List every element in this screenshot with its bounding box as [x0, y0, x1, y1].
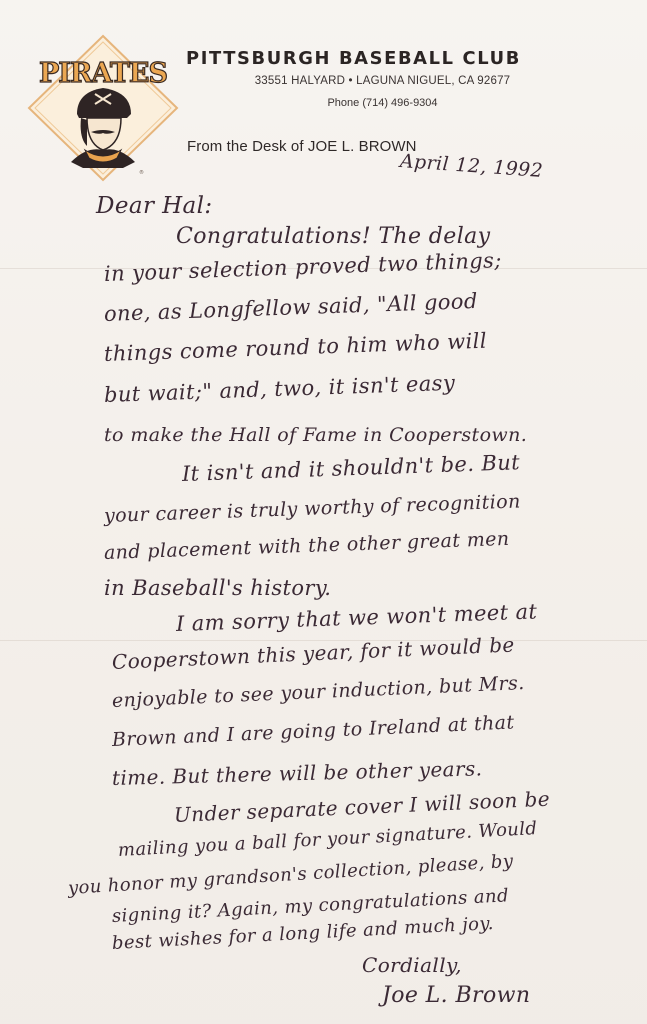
letter-line: time. But there will be other years. [112, 756, 483, 790]
letter-line: Cooperstown this year, for it would be [111, 632, 515, 674]
letter-line: Congratulations! The delay [176, 224, 490, 249]
svg-text:®: ® [139, 169, 144, 176]
letter-line: to make the Hall of Fame in Cooperstown. [104, 424, 527, 446]
letter-paper: PIRATES ® PITTSBURGH BASEBALL CLUB 33551… [0, 0, 647, 1024]
letter-line: things come round to him who will [104, 329, 488, 366]
phone-text: Phone (714) 496-9304 [327, 97, 437, 109]
letter-line: your career is truly worthy of recogniti… [104, 490, 521, 527]
letter-line: one, as Longfellow said, "All good [104, 289, 479, 326]
letter-line: Brown and I are going to Ireland at that [112, 711, 515, 751]
letter-line: It isn't and it shouldn't be. But [182, 450, 521, 486]
letter-line: I am sorry that we won't meet at [176, 599, 538, 636]
salutation: Dear Hal: [96, 193, 213, 219]
closing: Cordially, [362, 953, 462, 977]
letter-date: April 12, 1992 [399, 150, 544, 182]
letter-line: in your selection proved two things; [104, 248, 503, 286]
letter-line: and placement with the other great men [104, 528, 510, 564]
club-name: PITTSBURGH BASEBALL CLUB [186, 49, 521, 69]
address-text: 33551 HALYARD • LAGUNA NIGUEL, CA 92677 [255, 75, 511, 87]
letter-line: but wait;" and, two, it isn't easy [104, 371, 456, 407]
from-desk-line: From the Desk of JOE L. BROWN [187, 138, 417, 155]
club-address: 33551 HALYARD • LAGUNA NIGUEL, CA 92677 [0, 75, 647, 87]
signature: Joe L. Brown [382, 983, 530, 1008]
letter-line: enjoyable to see your induction, but Mrs… [112, 672, 526, 712]
club-phone: Phone (714) 496-9304 [0, 97, 647, 109]
letter-line: in Baseball's history. [104, 576, 331, 600]
